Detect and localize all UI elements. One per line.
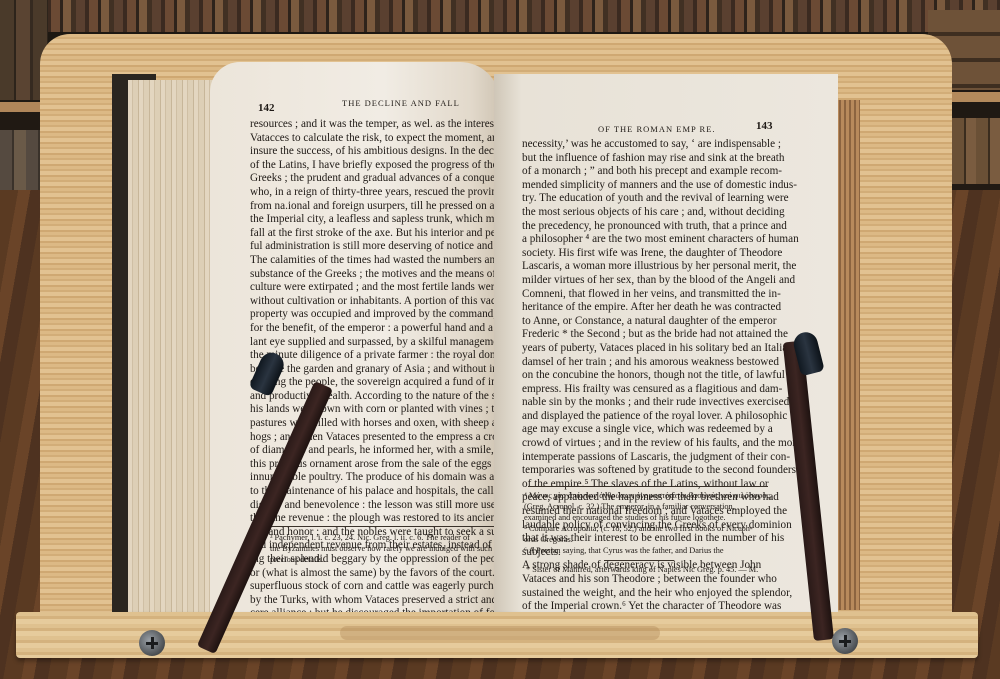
text-line: without cultivation or inhabitants. A po… [250,295,500,309]
text-line: age may excuse a single vice, which was … [522,423,822,437]
text-line: orus Gregoras. [524,534,804,545]
text-line: Vataces and his son Theodore ; between t… [522,573,822,587]
right-page-number: 143 [756,120,773,132]
editor-note: * Sister of Manfred, afterwards king of … [526,564,816,575]
text-line: examined and encouraged the studies of h… [524,512,804,523]
stand-slot [340,626,660,640]
book-right-cover-edge [836,100,860,610]
text-line: of the Latins, I have briefly exposed th… [250,159,500,173]
text-line: superfluous stock of corn and cattle was… [250,580,500,594]
text-line: than the revenue : the plough was restor… [250,512,500,526]
text-line: ⁵ Compare Acropolita, (c. 18, 52,) and t… [524,523,804,534]
text-line: erishing the people, the sovereign acqui… [250,376,500,390]
text-line: from na.ional and foreign usurpers, till… [250,200,500,214]
text-line: empress. His frailty was censured as a f… [522,383,822,397]
text-line: a philosopher ⁴ are the two most eminent… [522,233,822,247]
text-line: damsel of her train ; and his amorous we… [522,356,822,370]
text-line: Comneni, that flowed in her veins, and t… [522,288,822,302]
text-line: sustained the weight, and the heir who e… [522,587,822,601]
text-line: for the benefit, of the emperor : a powe… [250,322,500,336]
left-footnote-rule [268,526,494,527]
text-line: Frederic * the Second ; but as the bride… [522,328,822,342]
text-line: insure the success, of his ambitious des… [250,145,500,159]
text-line: try. The education of youth and the revi… [522,192,822,206]
left-footnotes: ³ Pachymer, l. i. c. 23, 24. Nic. Greg. … [270,532,500,565]
text-line: ⁴ Μόνος γὰρ ἁπάντων ἀνθρώπων ὀνομαστότατ… [524,490,804,501]
shelf-books-top [0,0,1000,32]
text-line: to Anne, or Constance, a natural daughte… [522,315,822,329]
left-page-body: resources ; and it was the temper, as we… [250,118,500,648]
text-line: or (what is almost the same) by the favo… [250,567,500,581]
text-line: nable sin by the monks ; and their rude … [522,396,822,410]
text-line: The calamities of the times had wasted t… [250,254,500,268]
text-line: intemperate passions of Lascaris, the ju… [522,451,822,465]
text-line: mended simplicity of manners and the use… [522,179,822,193]
text-line: years of puberty, Vataces placed in his … [522,342,822,356]
text-line: but the influence of fashion may rise an… [522,152,822,166]
text-line: ful administration is still more deservi… [250,240,500,254]
text-line: pastures were filled with horses and oxe… [250,417,500,431]
left-running-header: THE DECLINE AND FALL [342,98,460,108]
text-line: ³ Pachymer, l. i. c. 23, 24. Nic. Greg. … [270,532,500,543]
text-line: crowd of virtues ; and in the review of … [522,437,822,451]
right-footnotes: ⁴ Μόνος γὰρ ἁπάντων ἀνθρώπων ὀνομαστότατ… [524,490,804,556]
right-screw-icon [832,628,858,654]
text-line: resources ; and it was the temper, as we… [250,118,500,132]
text-line: Vatacces to calculate the risk, to expec… [250,132,500,146]
text-line: substance of the Greeks ; the motives an… [250,268,500,282]
text-line: the minute diligence of a private farmer… [250,349,500,363]
text-line: society. His first wife was Irene, the d… [522,247,822,261]
text-line: milder virtues of her sex, than by the b… [522,274,822,288]
right-running-header: OF THE ROMAN EMP RE. [598,124,716,134]
text-line: Lascaris, a woman more illustrious by he… [522,260,822,274]
text-line: culture were extirpated ; and the most f… [250,281,500,295]
text-line: on the concubine the honors, though not … [522,369,822,383]
left-screw-icon [139,630,165,656]
text-line: of a monarch ; ” and both his precept an… [522,165,822,179]
text-line: (Greg. Acropol. c. 32.) The emperor, in … [524,501,804,512]
text-line: and productive wealth. According to the … [250,390,500,404]
text-line: dignity and benevolence : the lesson was… [250,499,500,513]
left-page-number: 142 [258,102,275,114]
editor-note-rule [604,560,674,561]
text-line: the Imperial city, a leafless and saples… [250,213,500,227]
text-line: and displayed the patience of the royal … [522,410,822,424]
text-line: by the Turks, with whom Vataces preserve… [250,594,500,608]
text-line: his lands were sown with corn or planted… [250,403,500,417]
text-line: the most serious objects of his care ; a… [522,206,822,220]
text-line: temporaries was softened by gratitude to… [522,464,822,478]
text-line: property was occupied and improved by th… [250,308,500,322]
text-line: precious details. [270,554,500,565]
text-line: ⁶ A Persian saying, that Cyrus was the f… [524,545,804,556]
text-line: the precedency, he pronounced with truth… [522,220,822,234]
text-line: heritance of the empire. After her death… [522,301,822,315]
text-line: Greeks ; the prudent and gradual advance… [250,172,500,186]
text-line: necessity,’ was he accustomed to say, ‘ … [522,138,822,152]
text-line: fall at the first stroke of the axe. But… [250,227,500,241]
text-line: who, in a reign of thirty-three years, r… [250,186,500,200]
text-line: became the garden and granary of Asia ; … [250,363,500,377]
right-footnote-rule [528,486,768,487]
text-line: lant eye supplied and surpassed, by a sk… [250,336,500,350]
text-line: the Byzantines must observe how rarely w… [270,543,500,554]
